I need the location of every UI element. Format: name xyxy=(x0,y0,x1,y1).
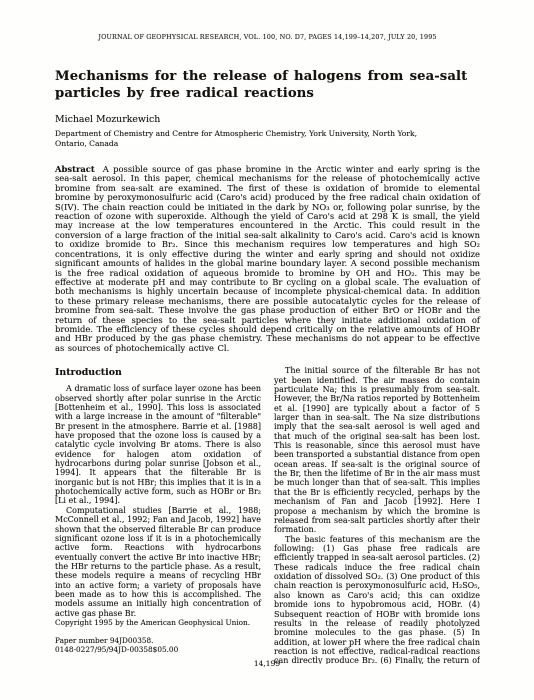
journal-header: JOURNAL OF GEOPHYSICAL RESEARCH, VOL. 10… xyxy=(55,33,480,41)
body-paragraph-basic-features: The basic features of this mechanism are… xyxy=(274,535,480,665)
footnote-block: Copyright 1995 by the American Geophysic… xyxy=(55,618,261,664)
left-column: Introduction A dramatic loss of surface … xyxy=(55,366,261,664)
right-column: The initial source of the filterable Br … xyxy=(274,366,480,664)
page-number: 14,199 xyxy=(0,659,534,668)
author-affiliation: Department of Chemistry and Centre for A… xyxy=(55,129,437,149)
author-name: Michael Mozurkewich xyxy=(55,114,480,125)
intro-paragraph-1: A dramatic loss of surface layer ozone h… xyxy=(55,384,261,506)
intro-paragraph-2: Computational studies [Barrie et al., 19… xyxy=(55,506,261,618)
paper-title: Mechanisms for the release of halogens f… xyxy=(55,68,480,102)
issn-code: 0148-0227/95/94JD-00358$05.00 xyxy=(55,645,261,654)
body-paragraph-initial-source: The initial source of the filterable Br … xyxy=(274,366,480,534)
section-heading-introduction: Introduction xyxy=(55,367,261,378)
paper-number: Paper number 94JD00358. xyxy=(55,636,261,645)
two-column-body: Introduction A dramatic loss of surface … xyxy=(55,366,480,664)
copyright-notice: Copyright 1995 by the American Geophysic… xyxy=(55,618,261,627)
abstract-text: A possible source of gas phase bromine i… xyxy=(55,164,480,353)
paper-page: JOURNAL OF GEOPHYSICAL RESEARCH, VOL. 10… xyxy=(0,0,534,700)
abstract-section: AbstractA possible source of gas phase b… xyxy=(55,165,480,353)
